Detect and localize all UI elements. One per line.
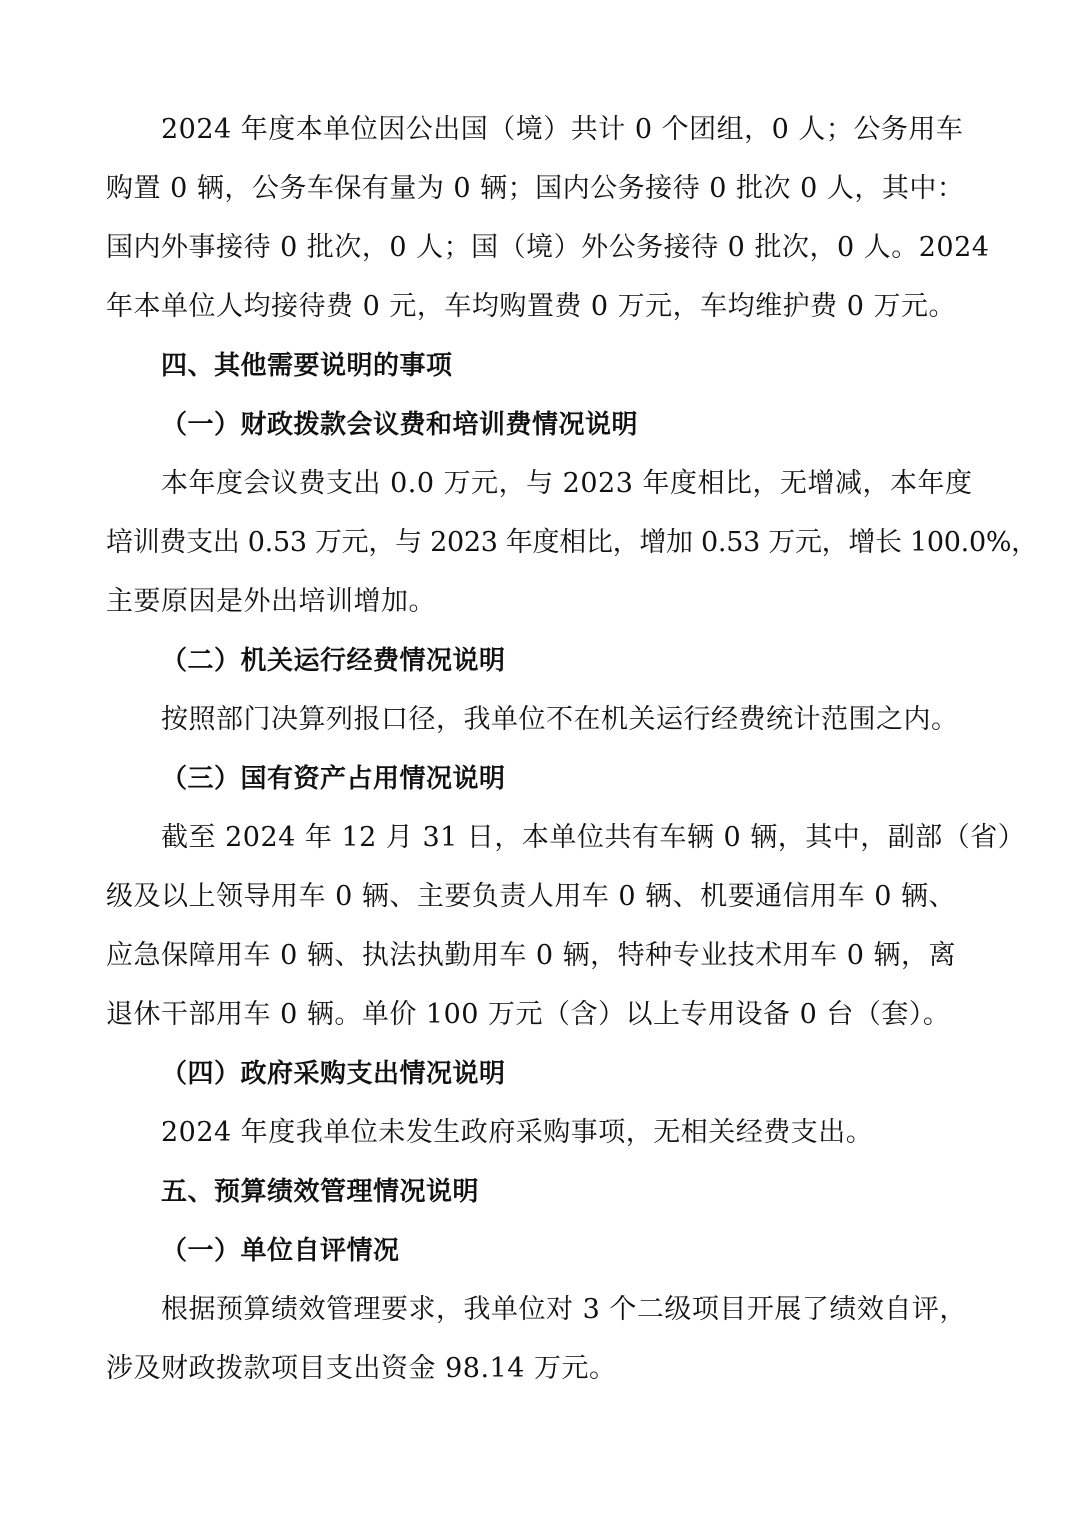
subsection-heading-4-4: （四）政府采购支出情况说明 (161, 1056, 506, 1092)
paragraph-line: 根据预算绩效管理要求，我单位对 3 个二级项目开展了绩效自评， (161, 1292, 967, 1328)
paragraph-line: 国内外事接待 0 批次，0 人；国（境）外公务接待 0 批次，0 人。2024 (106, 230, 989, 266)
paragraph-line: 涉及财政拨款项目支出资金 98.14 万元。 (106, 1351, 616, 1387)
paragraph-line: 级及以上领导用车 0 辆、主要负责人用车 0 辆、机要通信用车 0 辆、 (106, 879, 956, 915)
paragraph-line: 主要原因是外出培训增加。 (106, 584, 436, 620)
subsection-heading-4-2: （二）机关运行经费情况说明 (161, 643, 506, 679)
paragraph-line: 本年度会议费支出 0.0 万元，与 2023 年度相比，无增减，本年度 (161, 466, 972, 502)
paragraph-line: 购置 0 辆，公务车保有量为 0 辆；国内公务接待 0 批次 0 人，其中： (106, 171, 964, 207)
paragraph-line: 年本单位人均接待费 0 元，车均购置费 0 万元，车均维护费 0 万元。 (106, 289, 956, 325)
paragraph-line: 按照部门决算列报口径，我单位不在机关运行经费统计范围之内。 (161, 702, 959, 738)
paragraph-line: 2024 年度我单位未发生政府采购事项，无相关经费支出。 (161, 1115, 873, 1151)
paragraph-line: 应急保障用车 0 辆、执法执勤用车 0 辆，特种专业技术用车 0 辆，离 (106, 938, 956, 974)
subsection-heading-4-1: （一）财政拨款会议费和培训费情况说明 (161, 407, 638, 443)
paragraph-line: 退休干部用车 0 辆。单价 100 万元（含）以上专用设备 0 台（套）。 (106, 997, 950, 1033)
subsection-heading-5-1: （一）单位自评情况 (161, 1233, 400, 1269)
subsection-heading-4-3: （三）国有资产占用情况说明 (161, 761, 506, 797)
paragraph-line: 2024 年度本单位因公出国（境）共计 0 个团组，0 人；公务用车 (161, 112, 963, 148)
paragraph-line: 截至 2024 年 12 月 31 日，本单位共有车辆 0 辆，其中，副部（省） (161, 820, 1025, 856)
section-heading-4: 四、其他需要说明的事项 (161, 348, 453, 384)
section-heading-5: 五、预算绩效管理情况说明 (161, 1174, 479, 1210)
paragraph-line: 培训费支出 0.53 万元，与 2023 年度相比，增加 0.53 万元，增长 … (106, 525, 1038, 561)
